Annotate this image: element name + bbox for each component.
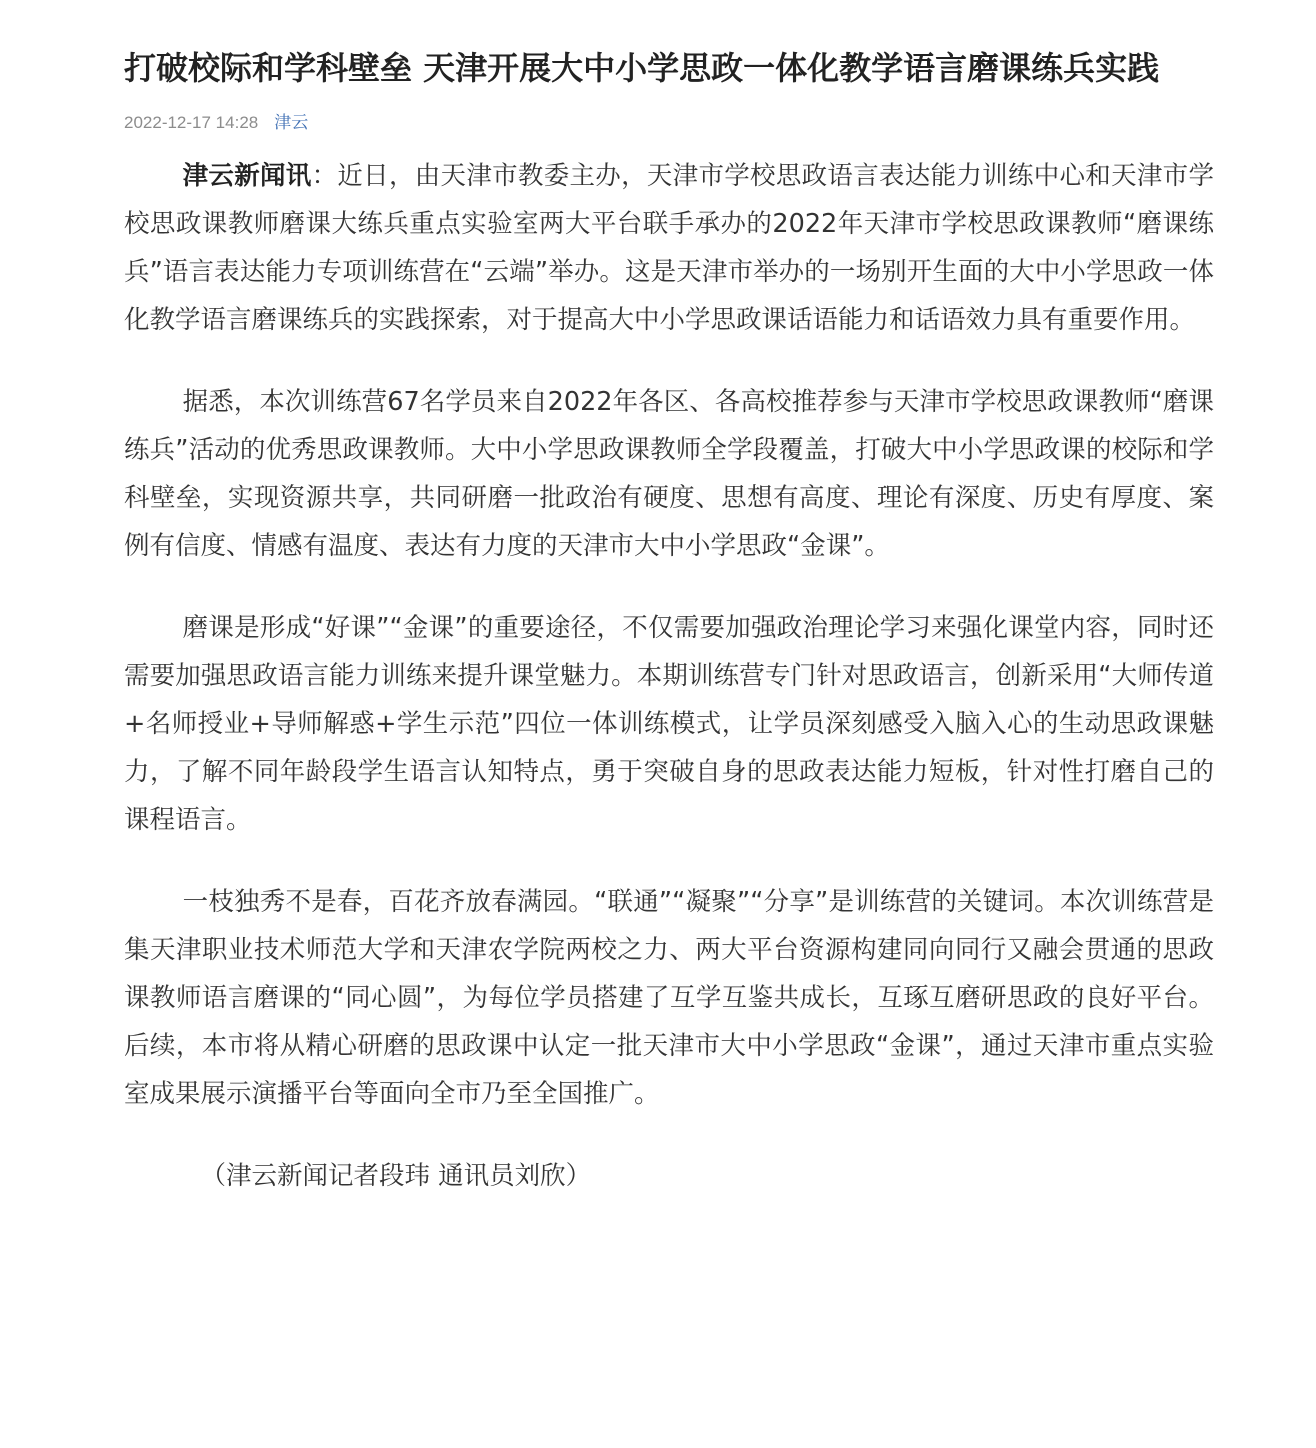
paragraph-4: 一枝独秀不是春，百花齐放春满园。“联通”“凝聚”“分享”是训练营的关键词。本次训… (124, 878, 1214, 1118)
news-lead-label: 津云新闻讯 (183, 161, 312, 191)
article-body: 津云新闻讯：近日，由天津市教委主办，天津市学校思政语言表达能力训练中心和天津市学… (124, 152, 1214, 1200)
article-title: 打破校际和学科壁垒 天津开展大中小学思政一体化教学语言磨课练兵实践 (124, 44, 1214, 92)
paragraph-3: 磨课是形成“好课”“金课”的重要途径，不仅需要加强政治理论学习来强化课堂内容，同… (124, 604, 1214, 844)
source-link[interactable]: 津云 (274, 113, 308, 132)
publish-datetime: 2022-12-17 14:28 (124, 113, 258, 132)
byline: （津云新闻记者段玮 通讯员刘欣） (124, 1152, 1214, 1200)
article: 打破校际和学科壁垒 天津开展大中小学思政一体化教学语言磨课练兵实践 2022-1… (124, 44, 1214, 1234)
paragraph-2: 据悉，本次训练营67名学员来自2022年各区、各高校推荐参与天津市学校思政课教师… (124, 378, 1214, 570)
article-meta: 2022-12-17 14:28津云 (124, 110, 1214, 136)
paragraph-1: 津云新闻讯：近日，由天津市教委主办，天津市学校思政语言表达能力训练中心和天津市学… (124, 152, 1214, 344)
